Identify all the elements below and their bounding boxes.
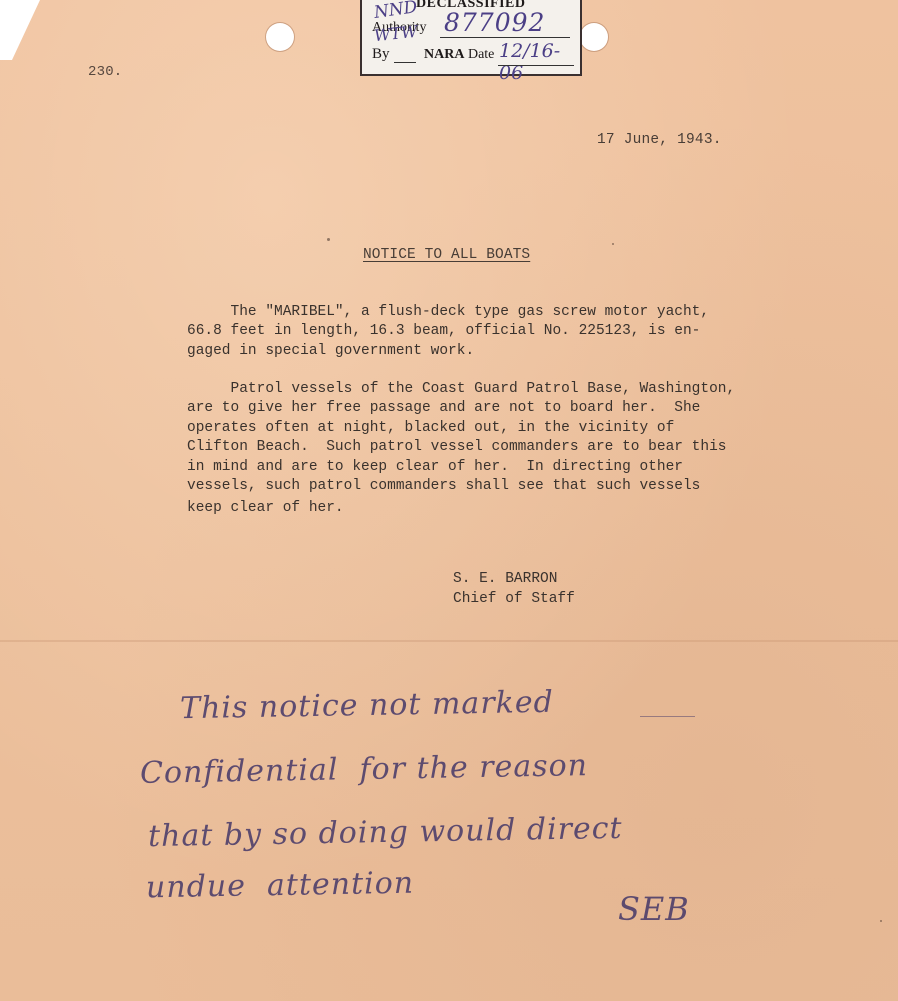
stamp-by-line xyxy=(394,62,416,63)
stamp-authority-value: 877092 xyxy=(444,8,545,37)
handwritten-note-line: undue attention xyxy=(146,866,415,906)
signatory-name: S. E. BARRON xyxy=(453,569,575,589)
paper-speck xyxy=(327,238,330,241)
handwritten-initials: SEB xyxy=(618,890,690,928)
declassification-stamp: DECLASSIFIED NND Authority 877092 WTW By… xyxy=(360,0,582,76)
stamp-nara-label: NARA xyxy=(424,47,464,62)
handwritten-note-line: This notice not marked xyxy=(180,685,554,727)
stamp-nara-date-label: NARA Date xyxy=(424,47,494,63)
paper-speck xyxy=(612,243,614,245)
paper-fold-line xyxy=(0,640,898,642)
paragraph-1-line: 66.8 feet in length, 16.3 beam, official… xyxy=(187,322,709,341)
paragraph-1: The "MARIBEL", a flush-deck type gas scr… xyxy=(187,303,709,361)
punch-hole-right xyxy=(580,23,608,51)
paragraph-2-line: Patrol vessels of the Coast Guard Patrol… xyxy=(187,380,735,399)
paragraph-2-line: keep clear of her. xyxy=(187,499,735,518)
handwritten-stroke xyxy=(640,716,695,717)
paragraph-2-line: are to give her free passage and are not… xyxy=(187,399,735,418)
file-number: 230. xyxy=(88,64,122,80)
document-date: 17 June, 1943. xyxy=(597,132,722,148)
punch-hole-left xyxy=(266,23,294,51)
paragraph-2: Patrol vessels of the Coast Guard Patrol… xyxy=(187,380,735,519)
signature-block: S. E. BARRON Chief of Staff xyxy=(453,569,575,609)
paragraph-2-line: Clifton Beach. Such patrol vessel comman… xyxy=(187,438,735,457)
paper-speck xyxy=(880,920,882,922)
paragraph-1-line: gaged in special government work. xyxy=(187,342,709,361)
paragraph-1-line: The "MARIBEL", a flush-deck type gas scr… xyxy=(187,303,709,322)
document-title: NOTICE TO ALL BOATS xyxy=(363,247,530,263)
stamp-by-label: By xyxy=(372,46,390,63)
signatory-title: Chief of Staff xyxy=(453,589,575,609)
paragraph-2-line: vessels, such patrol commanders shall se… xyxy=(187,477,735,496)
paragraph-2-line: operates often at night, blacked out, in… xyxy=(187,419,735,438)
stamp-by-initials: WTW xyxy=(373,22,418,45)
stamp-date-line xyxy=(498,65,574,66)
stamp-date-label-text: Date xyxy=(468,47,494,62)
stamp-authority-line xyxy=(440,37,570,38)
paragraph-2-line: in mind and are to keep clear of her. In… xyxy=(187,458,735,477)
stamp-nara-date-value: 12/16-06 xyxy=(499,40,580,84)
